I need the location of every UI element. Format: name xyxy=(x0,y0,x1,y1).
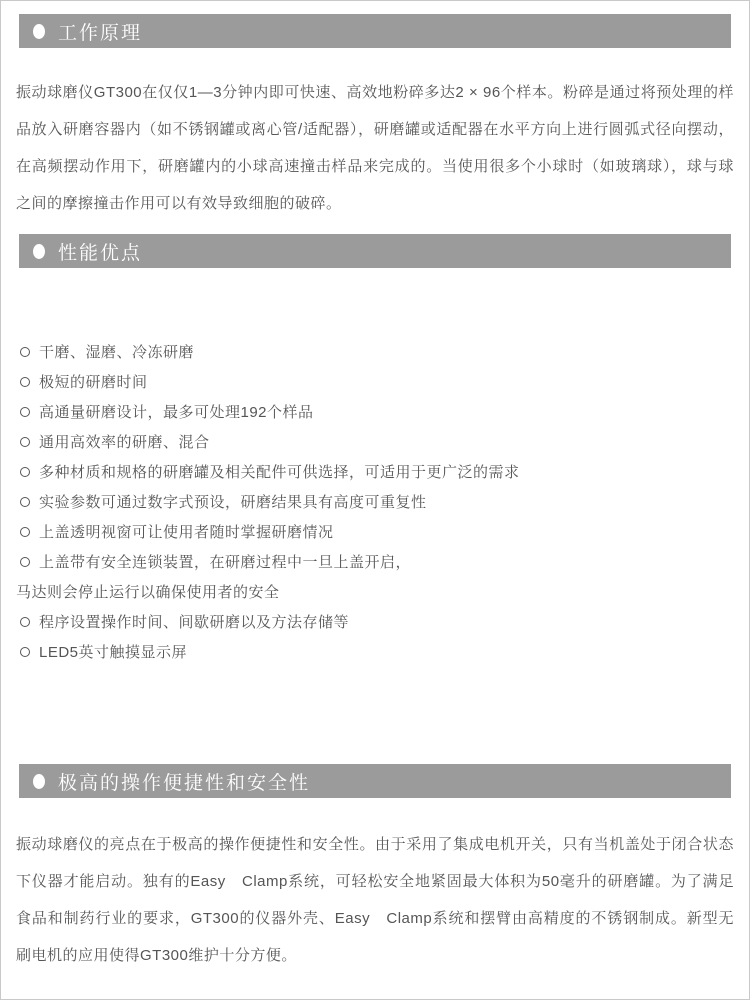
bullet-dot-icon xyxy=(33,244,45,259)
section-title-working-principle: 工作原理 xyxy=(58,18,142,45)
feature-item: 上盖带有安全连锁装置，在研磨过程中一旦上盖开启， xyxy=(16,548,734,578)
hollow-circle-bullet-icon xyxy=(20,617,30,627)
feature-item: 通用高效率的研磨、混合 xyxy=(16,428,734,458)
feature-item: 干磨、湿磨、冷冻研磨 xyxy=(16,338,734,368)
section-title-features: 性能优点 xyxy=(58,238,142,265)
feature-item: 实验参数可通过数字式预设，研磨结果具有高度可重复性 xyxy=(16,488,734,518)
hollow-circle-bullet-icon xyxy=(20,527,30,537)
section-title-safety: 极高的操作便捷性和安全性 xyxy=(58,768,310,795)
feature-item-text: 实验参数可通过数字式预设，研磨结果具有高度可重复性 xyxy=(39,494,427,511)
feature-item: 极短的研磨时间 xyxy=(16,368,734,398)
feature-item-text: 干磨、湿磨、冷冻研磨 xyxy=(39,344,194,361)
hollow-circle-bullet-icon xyxy=(20,497,30,507)
document-page: 工作原理 振动球磨仪GT300在仅仅1—3分钟内即可快速、高效地粉碎多达2 × … xyxy=(0,0,750,1000)
feature-item-text: 高通量研磨设计，最多可处理192个样品 xyxy=(39,404,314,421)
feature-list: 干磨、湿磨、冷冻研磨极短的研磨时间高通量研磨设计，最多可处理192个样品通用高效… xyxy=(16,338,734,668)
feature-item: 多种材质和规格的研磨罐及相关配件可供选择，可适用于更广泛的需求 xyxy=(16,458,734,488)
working-principle-paragraph: 振动球磨仪GT300在仅仅1—3分钟内即可快速、高效地粉碎多达2 × 96个样本… xyxy=(16,74,734,222)
feature-item-text: 通用高效率的研磨、混合 xyxy=(39,434,210,451)
hollow-circle-bullet-icon xyxy=(20,407,30,417)
feature-item-text: 多种材质和规格的研磨罐及相关配件可供选择，可适用于更广泛的需求 xyxy=(39,464,520,481)
hollow-circle-bullet-icon xyxy=(20,437,30,447)
hollow-circle-bullet-icon xyxy=(20,347,30,357)
feature-item-continuation: 马达则会停止运行以确保使用者的安全 xyxy=(16,578,734,608)
feature-item: 程序设置操作时间、间歇研磨以及方法存储等 xyxy=(16,608,734,638)
feature-item: LED5英寸触摸显示屏 xyxy=(16,638,734,668)
feature-item-text: 极短的研磨时间 xyxy=(39,374,148,391)
section-header-features: 性能优点 xyxy=(19,234,731,268)
hollow-circle-bullet-icon xyxy=(20,467,30,477)
section-header-working-principle: 工作原理 xyxy=(19,14,731,48)
hollow-circle-bullet-icon xyxy=(20,647,30,657)
feature-item-text: 上盖透明视窗可让使用者随时掌握研磨情况 xyxy=(39,524,334,541)
bullet-dot-icon xyxy=(33,774,45,789)
feature-item: 高通量研磨设计，最多可处理192个样品 xyxy=(16,398,734,428)
bullet-dot-icon xyxy=(33,24,45,39)
feature-item-text: 程序设置操作时间、间歇研磨以及方法存储等 xyxy=(39,614,349,631)
hollow-circle-bullet-icon xyxy=(20,377,30,387)
feature-item: 上盖透明视窗可让使用者随时掌握研磨情况 xyxy=(16,518,734,548)
feature-item-text: 上盖带有安全连锁装置，在研磨过程中一旦上盖开启， xyxy=(39,554,411,571)
safety-paragraph: 振动球磨仪的亮点在于极高的操作便捷性和安全性。由于采用了集成电机开关，只有当机盖… xyxy=(16,826,734,974)
feature-item-text: LED5英寸触摸显示屏 xyxy=(39,644,187,661)
section-header-safety: 极高的操作便捷性和安全性 xyxy=(19,764,731,798)
hollow-circle-bullet-icon xyxy=(20,557,30,567)
feature-item-text: 马达则会停止运行以确保使用者的安全 xyxy=(16,584,280,601)
